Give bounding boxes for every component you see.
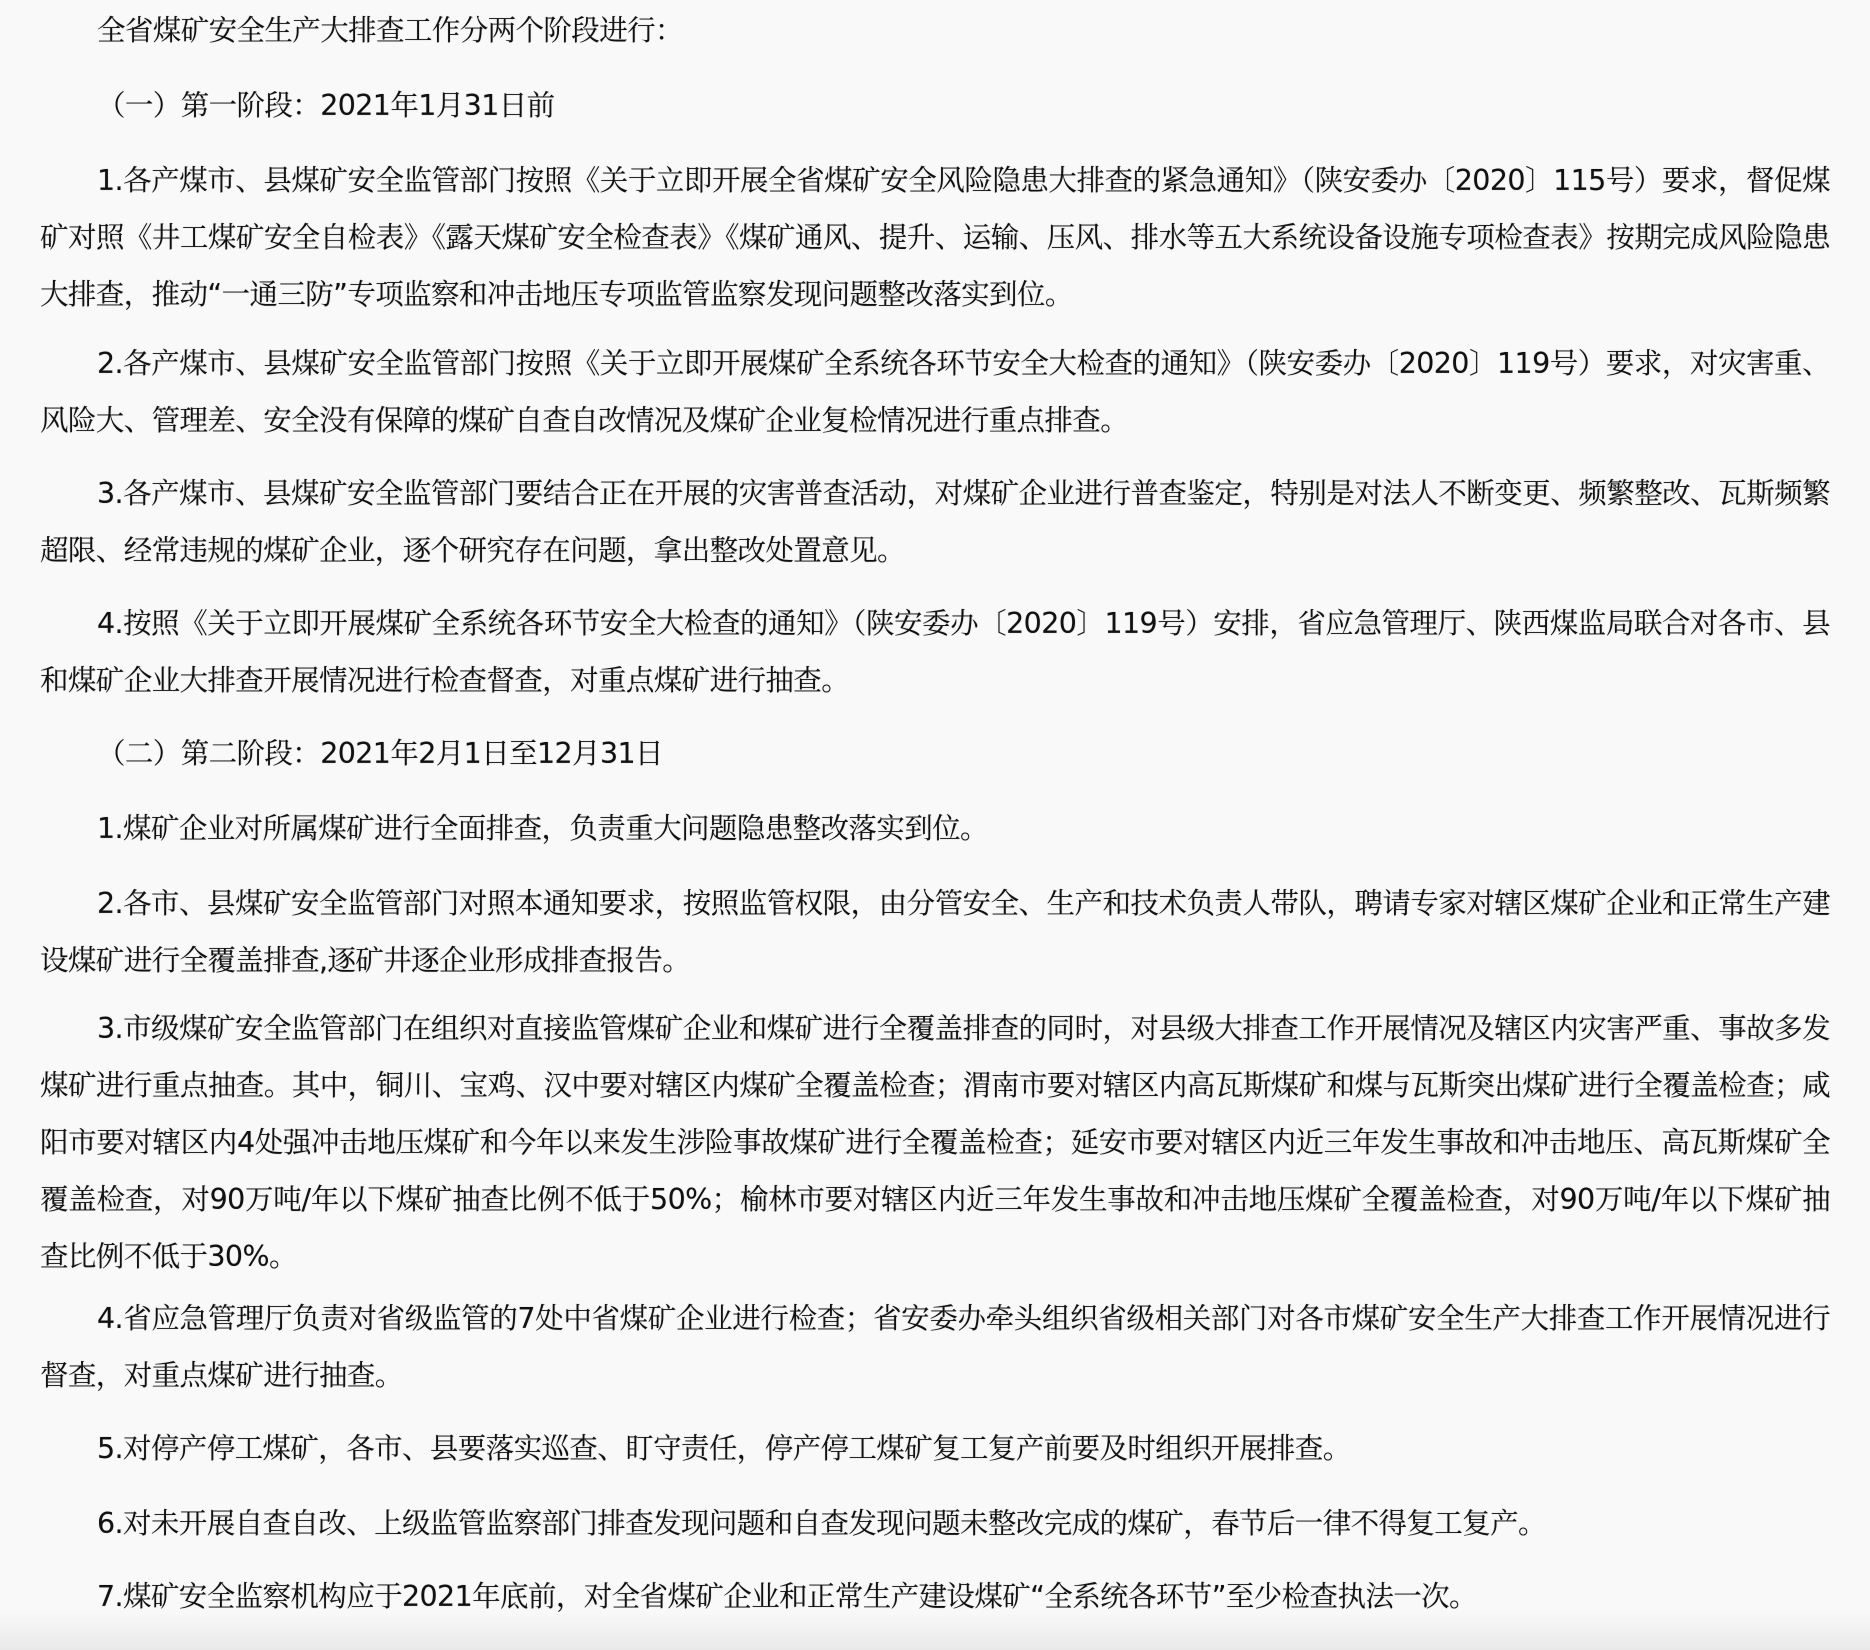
- stage2-item-5: 5.对停产停工煤矿，各市、县要落实巡查、盯守责任，停产停工煤矿复工复产前要及时组…: [40, 1420, 1830, 1477]
- stage1-item-1: 1.各产煤市、县煤矿安全监管部门按照《关于立即开展全省煤矿安全风险隐患大排查的紧…: [40, 152, 1830, 323]
- stage2-item-4: 4.省应急管理厅负责对省级监管的7处中省煤矿企业进行检查；省安委办牵头组织省级相…: [40, 1290, 1830, 1404]
- stage2-heading: （二）第二阶段：2021年2月1日至12月31日: [40, 725, 1830, 782]
- stage1-heading: （一）第一阶段：2021年1月31日前: [40, 77, 1830, 134]
- stage2-item-6: 6.对未开展自查自改、上级监管监察部门排查发现问题和自查发现问题未整改完成的煤矿…: [40, 1495, 1830, 1552]
- stage2-item-2: 2.各市、县煤矿安全监管部门对照本通知要求，按照监管权限，由分管安全、生产和技术…: [40, 875, 1830, 989]
- stage1-item-2: 2.各产煤市、县煤矿安全监管部门按照《关于立即开展煤矿全系统各环节安全大检查的通…: [40, 335, 1830, 449]
- bottom-fade-decoration: [0, 1610, 1870, 1650]
- stage2-item-1: 1.煤矿企业对所属煤矿进行全面排查，负责重大问题隐患整改落实到位。: [40, 800, 1830, 857]
- stage1-item-3: 3.各产煤市、县煤矿安全监管部门要结合正在开展的灾害普查活动，对煤矿企业进行普查…: [40, 465, 1830, 579]
- stage2-item-3: 3.市级煤矿安全监管部门在组织对直接监管煤矿企业和煤矿进行全覆盖排查的同时，对县…: [40, 1000, 1830, 1285]
- stage1-item-4: 4.按照《关于立即开展煤矿全系统各环节安全大检查的通知》（陕安委办〔2020〕1…: [40, 595, 1830, 709]
- intro-paragraph: 全省煤矿安全生产大排查工作分两个阶段进行：: [40, 2, 1830, 59]
